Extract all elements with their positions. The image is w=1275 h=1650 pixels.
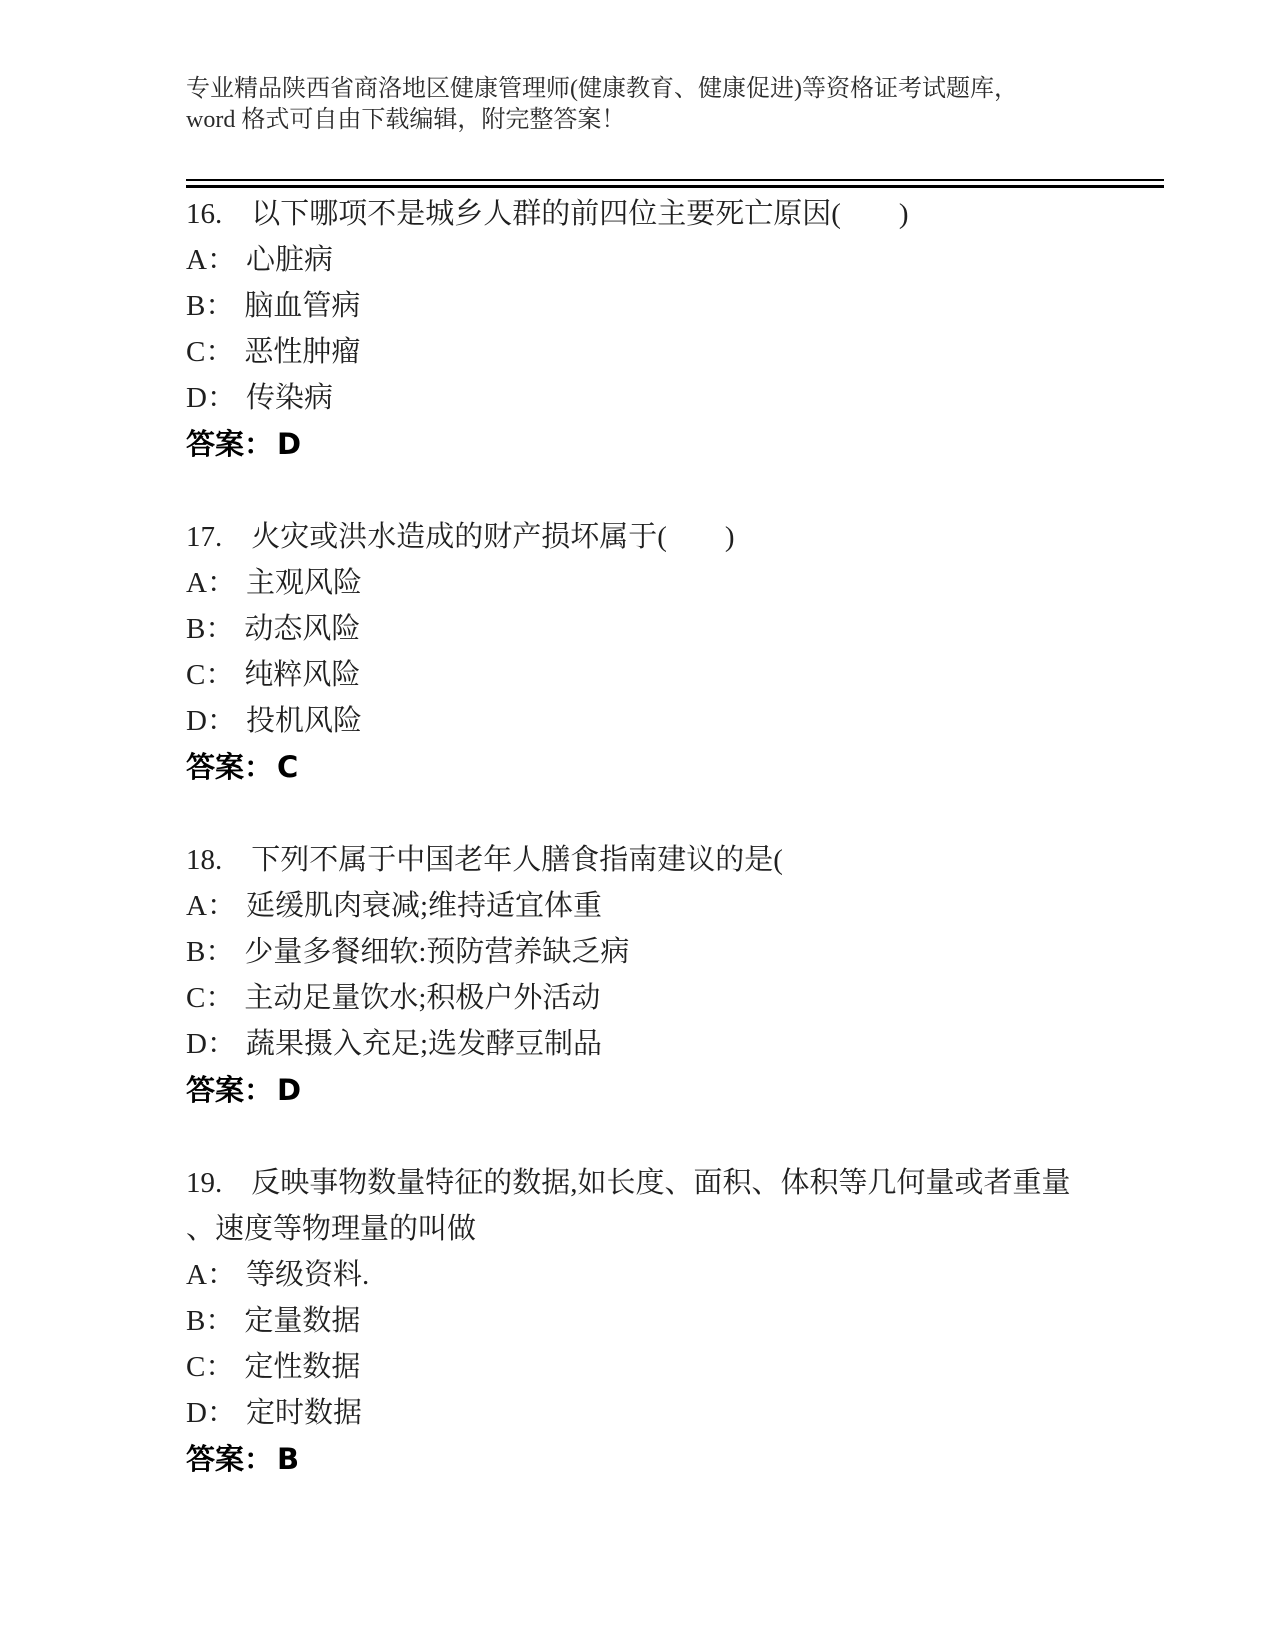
answer-letter: D xyxy=(277,1073,301,1107)
option-label: C： xyxy=(186,329,234,375)
question-block-16: 16. 以下哪项不是城乡人群的前四位主要死亡原因( ) A：心脏病 B：脑血管病… xyxy=(186,191,1164,468)
option-label: C： xyxy=(186,975,234,1021)
option-row-d: D：传染病 xyxy=(186,375,1164,421)
option-text: 心脏病 xyxy=(246,244,333,276)
answer-row: 答案：D xyxy=(186,1067,1164,1114)
question-block-17: 17. 火灾或洪水造成的财产损坏属于( ) A：主观风险 B：动态风险 C：纯粹… xyxy=(186,514,1164,791)
header-line-2: word 格式可自由下载编辑，附完整答案！ xyxy=(186,105,1164,136)
option-text: 传染病 xyxy=(246,382,333,414)
answer-letter: D xyxy=(277,427,301,461)
option-label: B： xyxy=(186,929,234,975)
header-line-1: 专业精品陕西省商洛地区健康管理师(健康教育、健康促进)等资格证考试题库， xyxy=(186,74,1164,105)
option-label: D： xyxy=(186,1390,236,1436)
option-text: 少量多餐细软:预防营养缺乏病 xyxy=(244,936,629,968)
option-text: 等级资料. xyxy=(246,1259,369,1291)
option-label: B： xyxy=(186,283,234,329)
option-label: D： xyxy=(186,698,236,744)
option-text: 主动足量饮水;积极户外活动 xyxy=(244,982,600,1014)
option-row-b: B：动态风险 xyxy=(186,606,1164,652)
answer-row: 答案：D xyxy=(186,421,1164,468)
option-label: D： xyxy=(186,375,236,421)
option-label: C： xyxy=(186,652,234,698)
header-divider-rule xyxy=(186,179,1164,188)
option-row-d: D：投机风险 xyxy=(186,698,1164,744)
answer-label: 答案： xyxy=(186,752,273,784)
option-row-a: A：等级资料. xyxy=(186,1252,1164,1298)
option-label: A： xyxy=(186,560,236,606)
option-label: B： xyxy=(186,1298,234,1344)
option-label: D： xyxy=(186,1021,236,1067)
option-text: 定量数据 xyxy=(244,1305,360,1337)
option-text: 纯粹风险 xyxy=(244,659,360,691)
question-block-18: 18. 下列不属于中国老年人膳食指南建议的是( A：延缓肌肉衰减;维持适宜体重 … xyxy=(186,837,1164,1114)
document-page: 专业精品陕西省商洛地区健康管理师(健康教育、健康促进)等资格证考试题库， wor… xyxy=(0,0,1275,1650)
option-text: 主观风险 xyxy=(246,567,362,599)
option-row-c: C：纯粹风险 xyxy=(186,652,1164,698)
option-text: 定性数据 xyxy=(244,1351,360,1383)
option-text: 延缓肌肉衰减;维持适宜体重 xyxy=(246,890,602,922)
answer-row: 答案：C xyxy=(186,744,1164,791)
option-label: A： xyxy=(186,883,236,929)
option-row-c: C：恶性肿瘤 xyxy=(186,329,1164,375)
page-content: 专业精品陕西省商洛地区健康管理师(健康教育、健康促进)等资格证考试题库， wor… xyxy=(186,0,1164,1483)
option-label: C： xyxy=(186,1344,234,1390)
option-text: 脑血管病 xyxy=(244,290,360,322)
option-text: 恶性肿瘤 xyxy=(244,336,360,368)
option-row-a: A：延缓肌肉衰减;维持适宜体重 xyxy=(186,883,1164,929)
option-row-d: D：蔬果摄入充足;选发酵豆制品 xyxy=(186,1021,1164,1067)
option-label: A： xyxy=(186,1252,236,1298)
answer-letter: C xyxy=(277,750,298,784)
option-text: 投机风险 xyxy=(246,705,362,737)
question-block-19: 19. 反映事物数量特征的数据,如长度、面积、体积等几何量或者重量 、速度等物理… xyxy=(186,1160,1164,1483)
option-text: 蔬果摄入充足;选发酵豆制品 xyxy=(246,1028,602,1060)
answer-letter: B xyxy=(277,1442,299,1476)
option-row-a: A：主观风险 xyxy=(186,560,1164,606)
option-label: A： xyxy=(186,237,236,283)
option-text: 动态风险 xyxy=(244,613,360,645)
answer-label: 答案： xyxy=(186,1075,273,1107)
question-text: 19. 反映事物数量特征的数据,如长度、面积、体积等几何量或者重量 、速度等物理… xyxy=(186,1160,1164,1252)
option-row-c: C：主动足量饮水;积极户外活动 xyxy=(186,975,1164,1021)
answer-row: 答案：B xyxy=(186,1436,1164,1483)
option-text: 定时数据 xyxy=(246,1397,362,1429)
option-row-b: B：脑血管病 xyxy=(186,283,1164,329)
question-list: 16. 以下哪项不是城乡人群的前四位主要死亡原因( ) A：心脏病 B：脑血管病… xyxy=(186,191,1164,1483)
option-label: B： xyxy=(186,606,234,652)
question-text: 17. 火灾或洪水造成的财产损坏属于( ) xyxy=(186,514,1164,560)
question-text: 18. 下列不属于中国老年人膳食指南建议的是( xyxy=(186,837,1164,883)
document-header: 专业精品陕西省商洛地区健康管理师(健康教育、健康促进)等资格证考试题库， wor… xyxy=(186,74,1164,136)
option-row-c: C：定性数据 xyxy=(186,1344,1164,1390)
option-row-b: B：定量数据 xyxy=(186,1298,1164,1344)
answer-label: 答案： xyxy=(186,429,273,461)
option-row-a: A：心脏病 xyxy=(186,237,1164,283)
option-row-d: D：定时数据 xyxy=(186,1390,1164,1436)
option-row-b: B：少量多餐细软:预防营养缺乏病 xyxy=(186,929,1164,975)
answer-label: 答案： xyxy=(186,1444,273,1476)
question-text: 16. 以下哪项不是城乡人群的前四位主要死亡原因( ) xyxy=(186,191,1164,237)
